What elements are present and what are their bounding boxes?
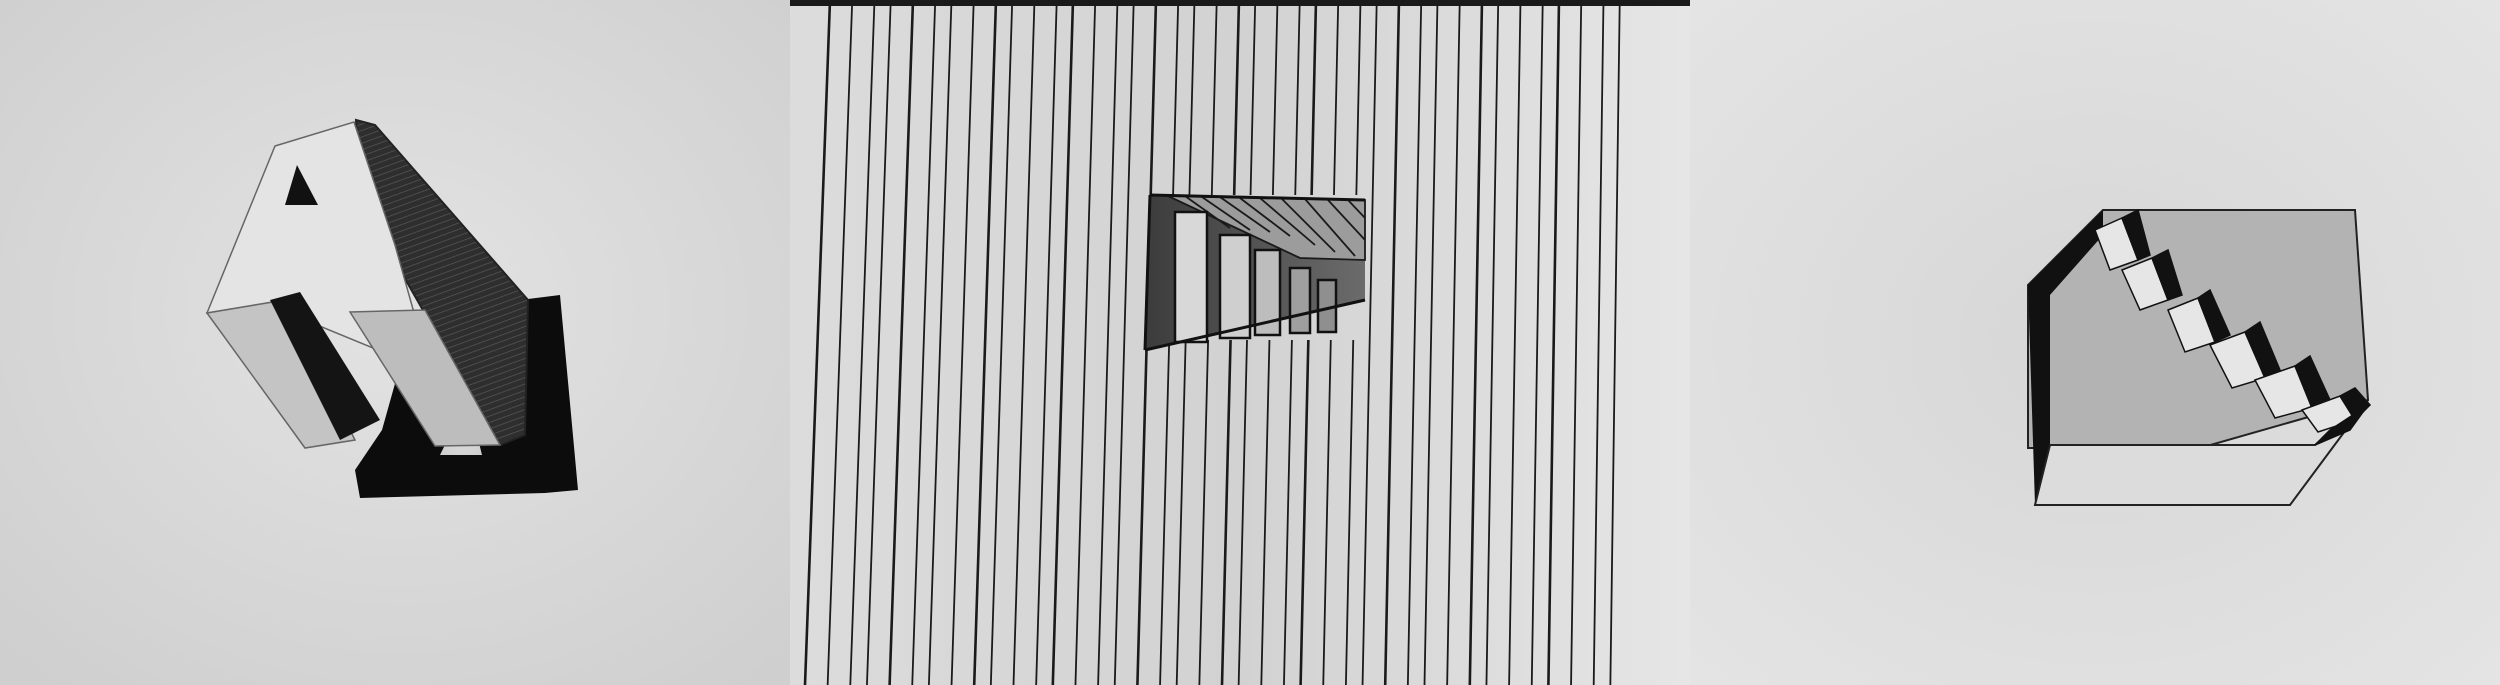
staircase-hole: [1145, 195, 1365, 350]
artwork-photo: [0, 0, 2500, 685]
box-staircase-drawing: [1690, 0, 2500, 685]
box-staircase-illustration: [1690, 0, 2500, 685]
top-edge: [790, 0, 1690, 6]
letter-a-illustration: [0, 0, 800, 685]
letter-a-drawing: [0, 0, 800, 685]
lined-page-illustration: [790, 0, 1690, 685]
lined-page-drawing: [790, 0, 1690, 685]
